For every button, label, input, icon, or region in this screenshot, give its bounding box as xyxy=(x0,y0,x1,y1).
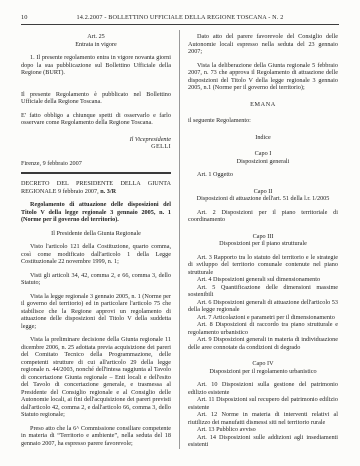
capo-1-title: Disposizioni generali xyxy=(188,158,338,166)
index-article-6: Art. 6 Disposizioni generali di attuazio… xyxy=(188,299,338,314)
page-header: 10 14.2.2007 - BOLLETTINO UFFICIALE DELL… xyxy=(21,0,339,25)
paragraph-seguente-regolamento: il seguente Regolamento: xyxy=(188,117,338,125)
paragraph-visti-statuto: Visti gli articoli 34, 42, comma 2, e 66… xyxy=(21,272,171,287)
paragraph-vista-legge-regionale: Vista la legge regionale 3 gennaio 2005,… xyxy=(21,293,171,331)
signature-role: Il Vicepresidente xyxy=(21,136,171,144)
capo-1-label: Capo I xyxy=(188,150,338,158)
president-line: Il Presidente della Giunta Regionale xyxy=(21,230,171,238)
index-article-9: Art. 9 Disposizioni generali in materia … xyxy=(188,336,338,351)
article-25-subheading: Entrata in vigore xyxy=(21,41,171,49)
bulletin-page: 10 14.2.2007 - BOLLETTINO UFFICIALE DELL… xyxy=(0,0,360,466)
bulletin-title: 14.2.2007 - BOLLETTINO UFFICIALE DELLA R… xyxy=(55,14,305,21)
capo-4-title: Disposizioni per il regolamento urbanist… xyxy=(188,368,338,376)
signature-name: GELLI xyxy=(21,143,171,151)
decree-heading: DECRETO DEL PRESIDENTE DELLA GIUNTA REGI… xyxy=(21,180,171,195)
section-divider-rule xyxy=(21,172,171,174)
index-article-2: Art. 2 Disposizioni per il piano territo… xyxy=(188,209,338,224)
index-article-13: Art. 13 Pubblico avviso xyxy=(188,426,338,434)
emana-heading: EMANA xyxy=(188,101,338,109)
indice-heading: Indice xyxy=(188,134,338,142)
right-column: Dato atto del parere favorevole del Cons… xyxy=(188,30,338,449)
decree-number: n. 3/R xyxy=(100,188,116,195)
index-article-12: Art. 12 Norme in materia di interventi r… xyxy=(188,411,338,426)
capo-3-article-list: Art. 3 Rapporto tra lo statuto del terri… xyxy=(188,254,338,352)
decree-heading-text: DECRETO DEL PRESIDENTE DELLA GIUNTA REGI… xyxy=(21,180,171,195)
paragraph-dato-atto: Dato atto del parere favorevole del Cons… xyxy=(188,33,338,56)
paragraph-entrata-in-vigore: 1. Il presente regolamento entra in vigo… xyxy=(21,54,171,77)
page-number: 10 xyxy=(21,14,55,21)
paragraph-obbligo: E' fatto obbligo a chiunque spetti di os… xyxy=(21,112,171,127)
index-article-14: Art. 14 Disposizioni sulle addizioni agl… xyxy=(188,434,338,449)
column-divider xyxy=(179,30,180,449)
index-article-3: Art. 3 Rapporto tra lo statuto del terri… xyxy=(188,254,338,277)
two-column-body: Art. 25 Entrata in vigore 1. Il presente… xyxy=(21,30,339,449)
decree-title: Regolamento di attuazione delle disposiz… xyxy=(21,201,171,224)
paragraph-vista-preliminare-decisione: Vista la preliminare decisione della Giu… xyxy=(21,336,171,419)
capo-3-label: Capo III xyxy=(188,233,338,241)
dateline: Firenze, 9 febbraio 2007 xyxy=(21,160,171,168)
capo-4-article-list: Art. 10 Disposizioni sulla gestione del … xyxy=(188,381,338,449)
capo-3-title: Disposizioni per il piano strutturale xyxy=(188,240,338,248)
paragraph-vista-deliberazione: Vista la deliberazione della Giunta regi… xyxy=(188,62,338,92)
index-article-10: Art. 10 Disposizioni sulla gestione del … xyxy=(188,381,338,396)
capo-4-label: Capo IV xyxy=(188,360,338,368)
paragraph-visto-articolo-121: Visto l'articolo 121 della Costituzione,… xyxy=(21,243,171,266)
index-article-1: Art. 1 Oggetto xyxy=(188,171,338,179)
index-article-7: Art. 7 Articolazioni e parametri per il … xyxy=(188,314,338,322)
left-column: Art. 25 Entrata in vigore 1. Il presente… xyxy=(21,30,171,449)
index-article-8: Art. 8 Disposizioni di raccordo tra pian… xyxy=(188,321,338,336)
paragraph-pubblicazione: Il presente Regolamento è pubblicato nel… xyxy=(21,91,171,106)
article-25-heading: Art. 25 xyxy=(21,33,171,41)
index-article-11: Art. 11 Disposizioni sul recupero del pa… xyxy=(188,396,338,411)
index-article-4: Art. 4 Disposizioni generali sul dimensi… xyxy=(188,276,338,284)
capo-2-label: Capo II xyxy=(188,188,338,196)
capo-2-title: Disposizioni di attuazione dell'art. 51 … xyxy=(188,195,338,203)
index-article-5: Art. 5 Quantificazione delle dimensioni … xyxy=(188,284,338,299)
paragraph-preso-atto: Preso atto che la 6^ Commissione consili… xyxy=(21,425,171,448)
